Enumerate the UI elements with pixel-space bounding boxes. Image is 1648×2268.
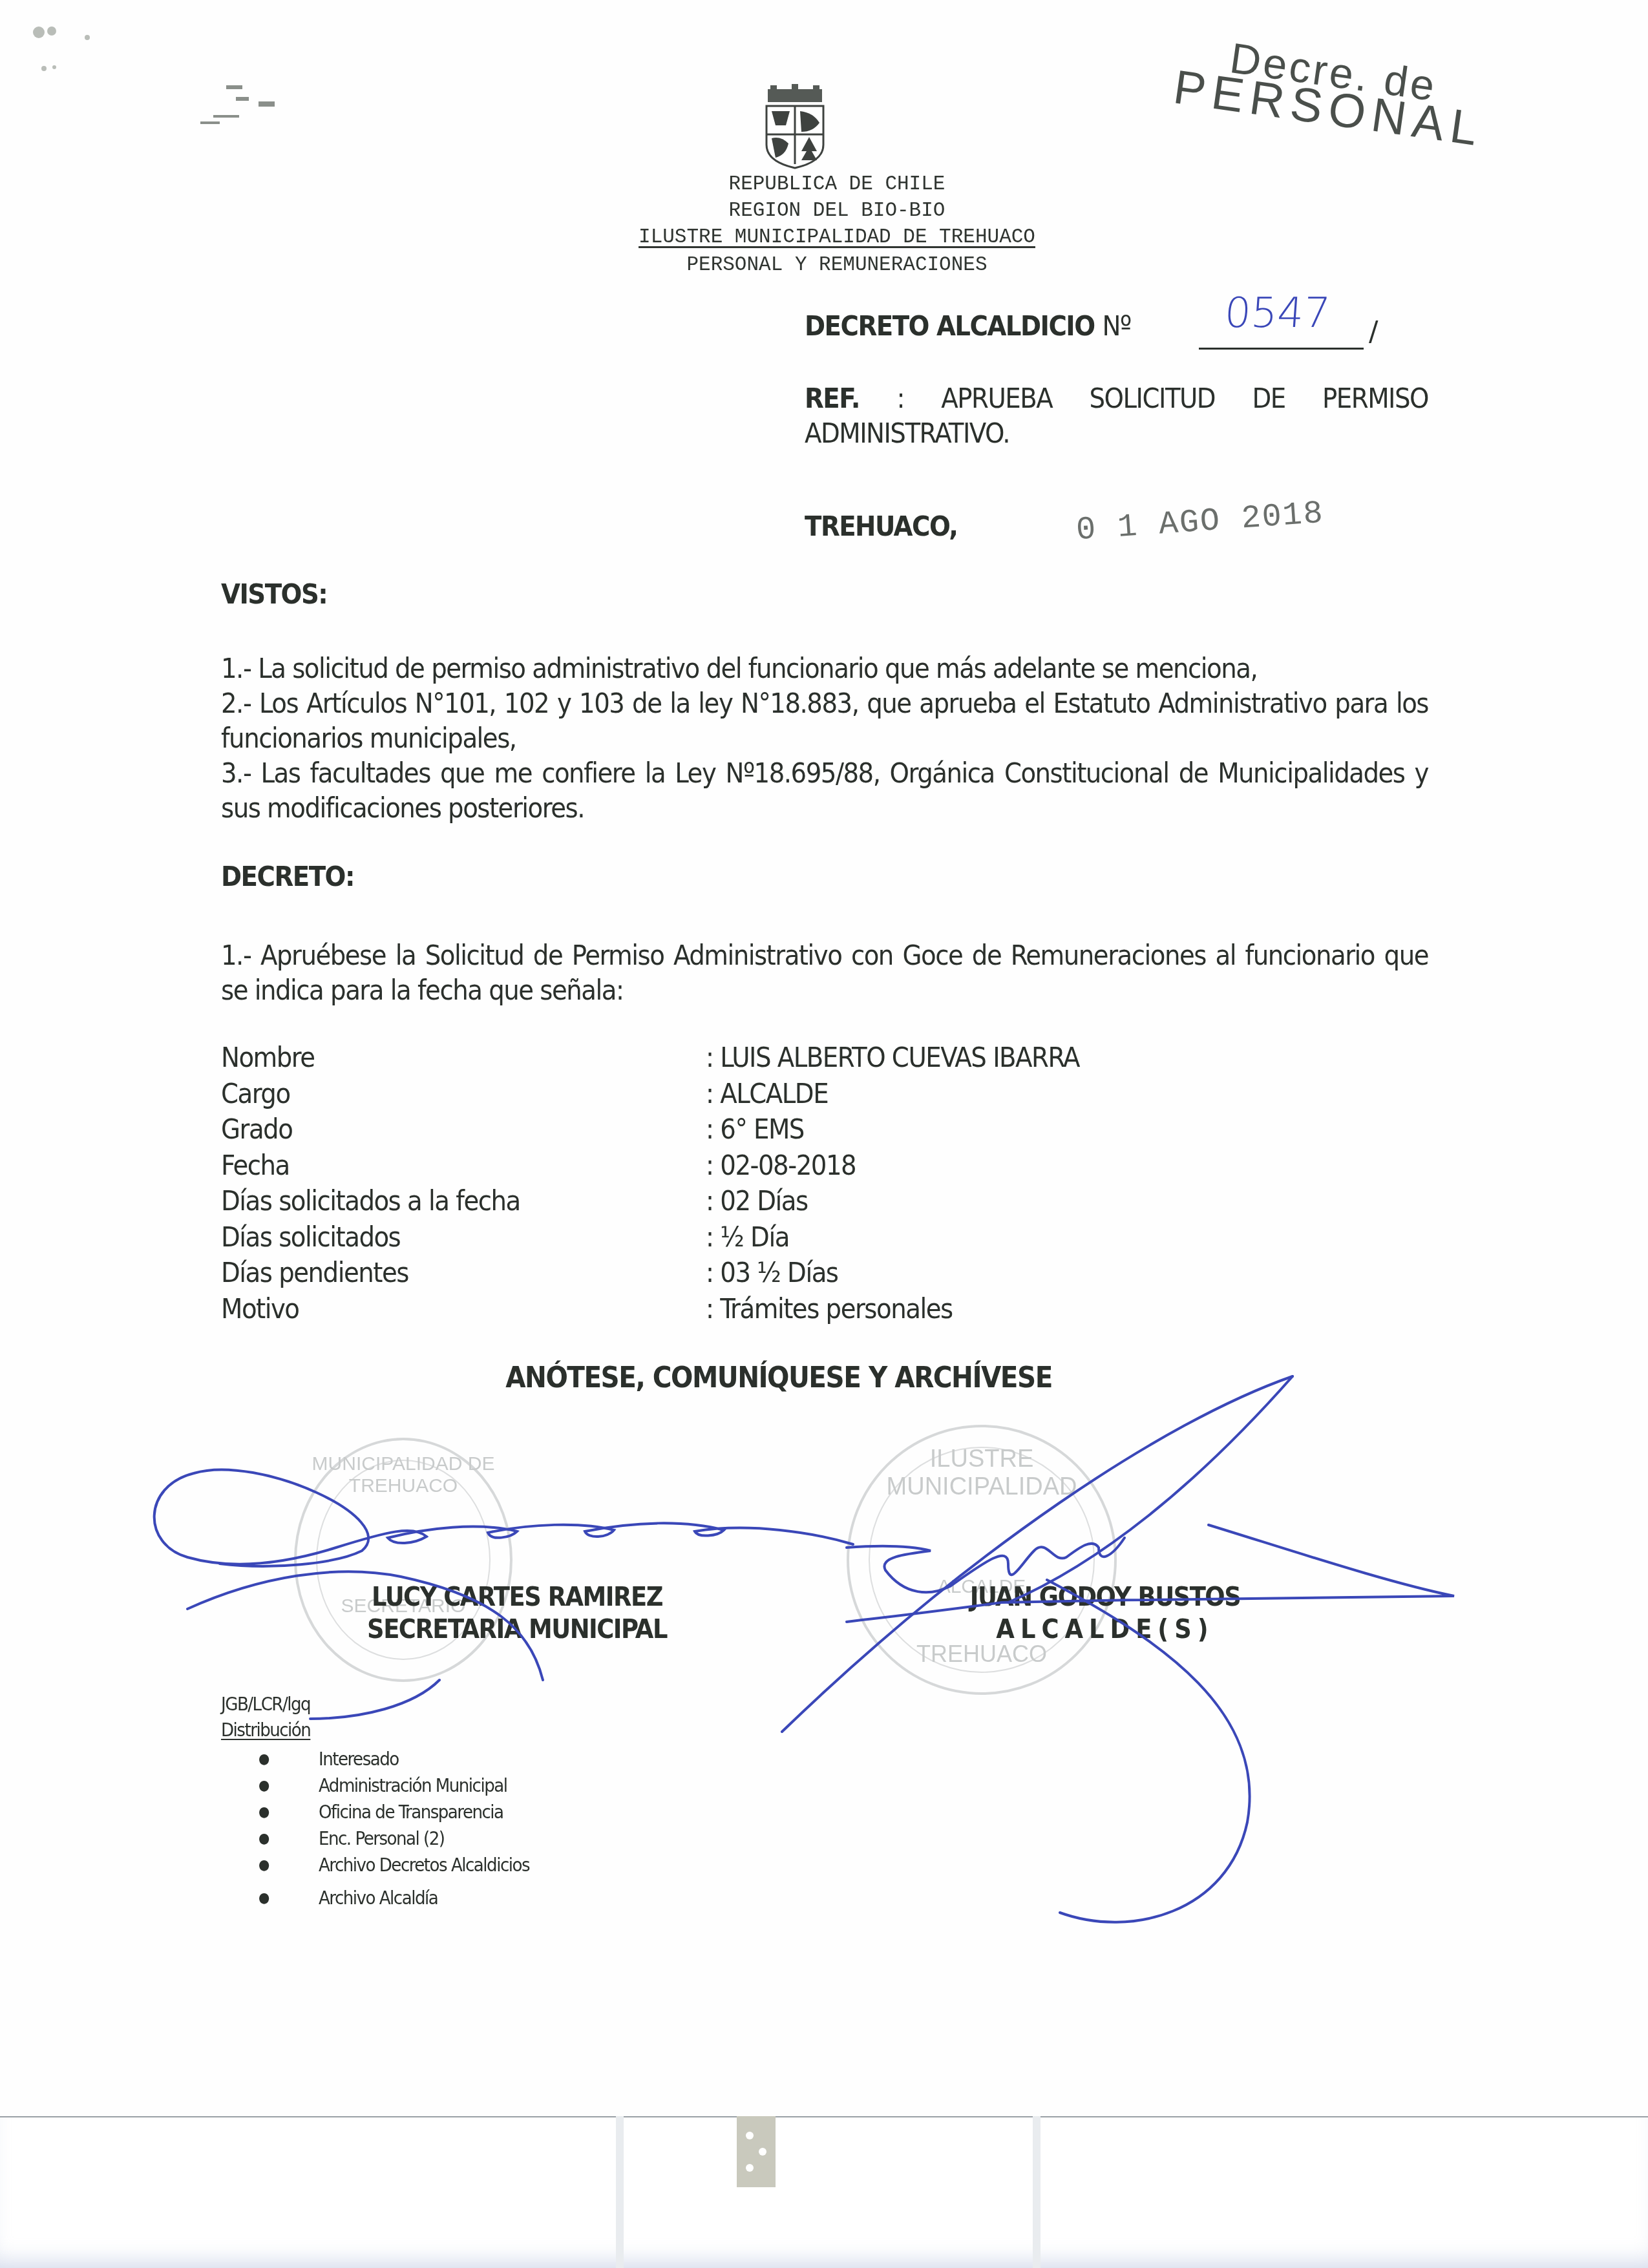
detail-value: : Trámites personales [706,1292,953,1328]
decree-title-text: DECRETO ALCALDICIO [805,310,1095,342]
secretary-signature-block: LUCY CARTES RAMIREZ SECRETARIA MUNICIPAL [336,1580,698,1645]
seal-text: ILUSTRE MUNICIPALIDAD [849,1445,1114,1501]
detail-row-date: Fecha: 02-08-2018 [221,1148,1079,1184]
detail-row-days-requested: Días solicitados: ½ Día [221,1220,1079,1256]
detail-label: Motivo [221,1292,706,1328]
detail-row-grade: Grado: 6° EMS [221,1112,1079,1148]
detail-value: : ALCALDE [706,1076,828,1113]
closing-formula: ANÓTESE, COMUNÍQUESE Y ARCHÍVESE [0,1360,1648,1394]
detail-row-position: Cargo: ALCALDE [221,1076,1079,1113]
vistos-heading: VISTOS: [221,578,327,611]
bullet-icon: ● [259,1852,319,1878]
mayor-seal: ILUSTRE MUNICIPALIDAD ALCALDE TREHUACO [847,1425,1117,1695]
detail-row-reason: Motivo: Trámites personales [221,1292,1079,1328]
mayor-name: JUAN GODOY BUSTOS [924,1580,1286,1613]
decree-number-handwritten: 0547 [1223,289,1331,337]
decree-number-underline [1199,348,1364,350]
decree-title: DECRETO ALCALDICIO Nº [805,310,1131,342]
distribution-item: ●Interesado [259,1746,529,1772]
decree-number-label: Nº [1103,310,1131,342]
municipal-coat-of-arms-icon [763,83,827,170]
detail-row-days-pending: Días pendientes: 03 ½ Días [221,1255,1079,1292]
personal-decree-stamp: Decre. de PERSONAL [1170,26,1492,157]
seal-text: MUNICIPALIDAD DE TREHUACO [297,1453,510,1497]
secretary-role: SECRETARIA MUNICIPAL [336,1613,698,1645]
detail-row-days-to-date: Días solicitados a la fecha: 02 Días [221,1184,1079,1220]
bullet-icon: ● [259,1772,319,1799]
decree-number-slash: / [1369,315,1379,348]
closing-text: ANÓTESE, COMUNÍQUESE Y ARCHÍVESE [505,1360,1052,1394]
distribution-item: ●Archivo Alcaldía [259,1885,529,1911]
visto-item: 1.- La solicitud de permiso administrati… [221,651,1428,686]
detail-label: Grado [221,1112,706,1148]
employee-details: Nombre: LUIS ALBERTO CUEVAS IBARRA Cargo… [221,1040,1079,1327]
letterhead-region: REGION DEL BIO-BIO [562,198,1112,225]
distribution-item: ●Archivo Decretos Alcaldicios [259,1852,529,1878]
detail-value: : ½ Día [706,1220,789,1256]
scanner-bottom-edge [0,2116,1648,2268]
detail-label: Días solicitados [221,1220,706,1256]
bullet-icon: ● [259,1825,319,1852]
scanner-slot-edge [1033,2116,1041,2268]
detail-value: : 03 ½ Días [706,1255,838,1292]
mayor-signature-block: JUAN GODOY BUSTOS ALCALDE(S) [924,1580,1286,1645]
detail-row-name: Nombre: LUIS ALBERTO CUEVAS IBARRA [221,1040,1079,1076]
letterhead-municipality: ILUSTRE MUNICIPALIDAD DE TREHUACO [562,224,1112,251]
reference-text: : APRUEBA SOLICITUD DE PERMISO ADMINISTR… [805,383,1428,450]
reference-block: REF. : APRUEBA SOLICITUD DE PERMISO ADMI… [805,381,1428,451]
distribution-item: ●Oficina de Transparencia [259,1799,529,1825]
date-stamp: 0 1 AGO 2018 [1075,496,1325,550]
detail-value: : 6° EMS [706,1112,804,1148]
detail-value: : 02 Días [706,1184,808,1220]
city-line: TREHUACO, [805,510,958,543]
distribution-heading: Distribución [221,1719,310,1741]
letterhead-country: REPUBLICA DE CHILE [562,171,1112,198]
visto-item: 2.- Los Artículos N°101, 102 y 103 de la… [221,686,1428,756]
decreto-heading: DECRETO: [221,861,354,893]
detail-label: Días solicitados a la fecha [221,1184,706,1220]
detail-value: : 02-08-2018 [706,1148,856,1184]
initials: JGB/LCR/lgq [221,1693,310,1715]
bullet-icon: ● [259,1746,319,1772]
distribution-list: ●Interesado ●Administración Municipal ●O… [259,1746,529,1911]
distribution-item: ●Administración Municipal [259,1772,529,1799]
scan-noise [0,0,336,162]
reference-label: REF. [805,383,860,415]
bullet-icon: ● [259,1885,319,1911]
detail-label: Cargo [221,1076,706,1113]
mayor-role: ALCALDE(S) [924,1613,1286,1645]
bullet-icon: ● [259,1799,319,1825]
distribution-item: ●Enc. Personal (2) [259,1825,529,1852]
visto-item: 3.- Las facultades que me confiere la Le… [221,756,1428,826]
scanner-slot-edge [616,2116,624,2268]
detail-label: Días pendientes [221,1255,706,1292]
detail-label: Nombre [221,1040,706,1076]
detail-label: Fecha [221,1148,706,1184]
secretary-seal: MUNICIPALIDAD DE TREHUACO SECRETARIO [294,1438,512,1682]
letterhead-department: PERSONAL Y REMUNERACIONES [562,252,1112,279]
secretary-name: LUCY CARTES RAMIREZ [336,1580,698,1613]
decreto-item: 1.- Apruébese la Solicitud de Permiso Ad… [221,938,1428,1008]
detail-value: : LUIS ALBERTO CUEVAS IBARRA [706,1040,1079,1076]
scanner-clip-icon [737,2116,776,2187]
